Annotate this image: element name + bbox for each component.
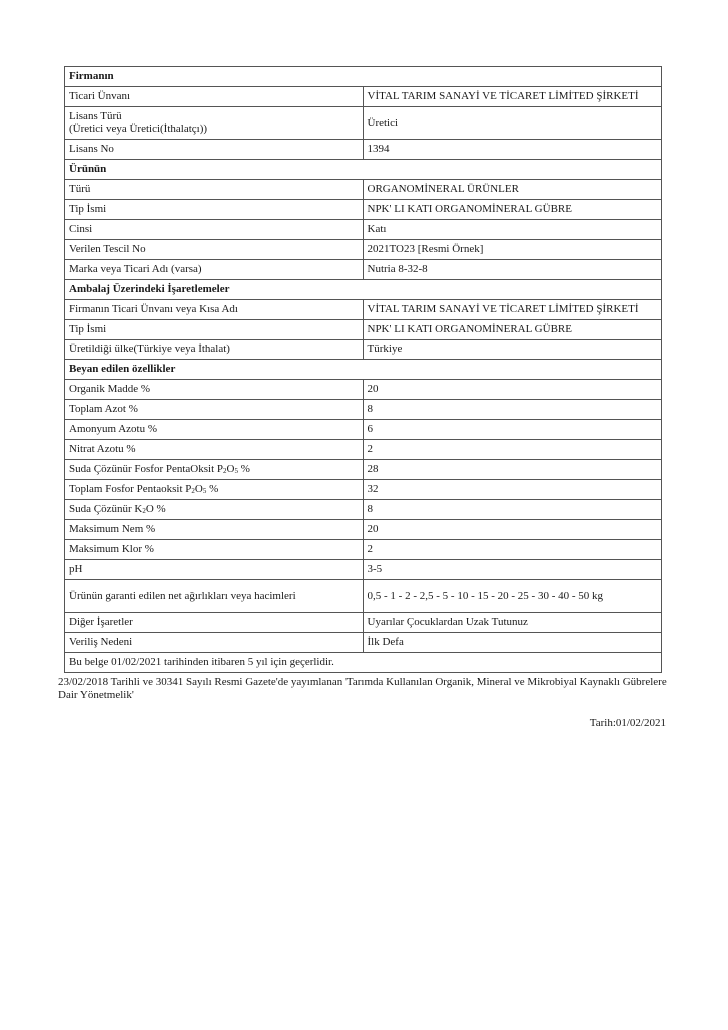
field-label: Tip İsmi bbox=[65, 320, 364, 340]
field-value: 3-5 bbox=[363, 560, 662, 580]
table-row: Amonyum Azotu %6 bbox=[65, 420, 662, 440]
registration-table: Firmanın Ticari Ünvanı VİTAL TARIM SANAY… bbox=[64, 66, 662, 673]
table-row: Firmanın Ticari Ünvanı veya Kısa AdıVİTA… bbox=[65, 300, 662, 320]
field-label: Marka veya Ticari Adı (varsa) bbox=[65, 260, 364, 280]
regulation-footnote: 23/02/2018 Tarihli ve 30341 Sayılı Resmi… bbox=[58, 676, 678, 702]
table-row: TürüORGANOMİNERAL ÜRÜNLER bbox=[65, 180, 662, 200]
field-value: 2021TO23 [Resmi Örnek] bbox=[363, 240, 662, 260]
label-line: Lisans Türü bbox=[69, 110, 122, 122]
table-row: Üretildiği ülke(Türkiye veya İthalat)Tür… bbox=[65, 340, 662, 360]
field-label: Lisans No bbox=[65, 140, 364, 160]
field-label: Maksimum Nem % bbox=[65, 520, 364, 540]
table-row: Ticari Ünvanı VİTAL TARIM SANAYİ VE TİCA… bbox=[65, 87, 662, 107]
label-text: % bbox=[238, 463, 250, 475]
table-row: Maksimum Nem %20 bbox=[65, 520, 662, 540]
field-label: Diğer İşaretler bbox=[65, 613, 364, 633]
field-label: Amonyum Azotu % bbox=[65, 420, 364, 440]
table-row: Toplam Fosfor Pentaoksit P2O5 % 32 bbox=[65, 480, 662, 500]
field-label: Toplam Fosfor Pentaoksit P2O5 % bbox=[65, 480, 364, 500]
field-value: Nutria 8-32-8 bbox=[363, 260, 662, 280]
table-row: Maksimum Klor %2 bbox=[65, 540, 662, 560]
field-value: NPK' LI KATI ORGANOMİNERAL GÜBRE bbox=[363, 320, 662, 340]
field-value: NPK' LI KATI ORGANOMİNERAL GÜBRE bbox=[363, 200, 662, 220]
table-row: CinsiKatı bbox=[65, 220, 662, 240]
validity-statement: Bu belge 01/02/2021 tarihinden itibaren … bbox=[65, 653, 662, 673]
document-page: Firmanın Ticari Ünvanı VİTAL TARIM SANAY… bbox=[64, 66, 662, 729]
field-label: Maksimum Klor % bbox=[65, 540, 364, 560]
field-label: Tip İsmi bbox=[65, 200, 364, 220]
field-value: 2 bbox=[363, 540, 662, 560]
table-row: Ürünün garanti edilen net ağırlıkları ve… bbox=[65, 580, 662, 613]
field-label: Verilen Tescil No bbox=[65, 240, 364, 260]
table-row: Diğer İşaretlerUyarılar Çocuklardan Uzak… bbox=[65, 613, 662, 633]
label-text: O bbox=[195, 483, 203, 495]
section-firma: Firmanın bbox=[65, 67, 662, 87]
field-label: Nitrat Azotu % bbox=[65, 440, 364, 460]
label-text: Toplam Fosfor Pentaoksit P bbox=[69, 483, 191, 495]
field-value: 6 bbox=[363, 420, 662, 440]
field-value: Üretici bbox=[363, 107, 662, 140]
table-row: Suda Çözünür K2O % 8 bbox=[65, 500, 662, 520]
table-row: Tip İsmiNPK' LI KATI ORGANOMİNERAL GÜBRE bbox=[65, 200, 662, 220]
label-line: (Üretici veya Üretici(İthalatçı)) bbox=[69, 123, 207, 135]
table-row: Lisans Türü(Üretici veya Üretici(İthalat… bbox=[65, 107, 662, 140]
field-label: Veriliş Nedeni bbox=[65, 633, 364, 653]
label-text: Suda Çözünür Fosfor PentaOksit P bbox=[69, 463, 223, 475]
field-label: pH bbox=[65, 560, 364, 580]
field-label: Lisans Türü(Üretici veya Üretici(İthalat… bbox=[65, 107, 364, 140]
table-row: Veriliş Nedeniİlk Defa bbox=[65, 633, 662, 653]
table-row: Nitrat Azotu %2 bbox=[65, 440, 662, 460]
field-label: Ticari Ünvanı bbox=[65, 87, 364, 107]
field-value: 20 bbox=[363, 380, 662, 400]
table-row: Verilen Tescil No2021TO23 [Resmi Örnek] bbox=[65, 240, 662, 260]
section-ambalaj: Ambalaj Üzerindeki İşaretlemeler bbox=[65, 280, 662, 300]
document-date: Tarih:01/02/2021 bbox=[64, 717, 666, 729]
label-text: O % bbox=[146, 503, 166, 515]
section-urun: Ürünün bbox=[65, 160, 662, 180]
field-value: 28 bbox=[363, 460, 662, 480]
field-value: 1394 bbox=[363, 140, 662, 160]
field-value: 2 bbox=[363, 440, 662, 460]
table-row: Organik Madde %20 bbox=[65, 380, 662, 400]
field-value: 32 bbox=[363, 480, 662, 500]
label-text: Suda Çözünür K bbox=[69, 503, 142, 515]
field-value: VİTAL TARIM SANAYİ VE TİCARET LİMİTED Şİ… bbox=[363, 87, 662, 107]
label-text: % bbox=[206, 483, 218, 495]
field-label: Toplam Azot % bbox=[65, 400, 364, 420]
section-beyan: Beyan edilen özellikler bbox=[65, 360, 662, 380]
field-label: Organik Madde % bbox=[65, 380, 364, 400]
field-value: 8 bbox=[363, 500, 662, 520]
field-value: VİTAL TARIM SANAYİ VE TİCARET LİMİTED Şİ… bbox=[363, 300, 662, 320]
table-row: Tip İsmiNPK' LI KATI ORGANOMİNERAL GÜBRE bbox=[65, 320, 662, 340]
field-label: Üretildiği ülke(Türkiye veya İthalat) bbox=[65, 340, 364, 360]
field-label: Türü bbox=[65, 180, 364, 200]
field-value: 8 bbox=[363, 400, 662, 420]
field-value: ORGANOMİNERAL ÜRÜNLER bbox=[363, 180, 662, 200]
field-label: Suda Çözünür Fosfor PentaOksit P2O5 % bbox=[65, 460, 364, 480]
field-value: Uyarılar Çocuklardan Uzak Tutunuz bbox=[363, 613, 662, 633]
table-row: Lisans No 1394 bbox=[65, 140, 662, 160]
field-value: Katı bbox=[363, 220, 662, 240]
field-value: İlk Defa bbox=[363, 633, 662, 653]
field-value: Türkiye bbox=[363, 340, 662, 360]
table-row: pH3-5 bbox=[65, 560, 662, 580]
table-row: Suda Çözünür Fosfor PentaOksit P2O5 % 28 bbox=[65, 460, 662, 480]
table-row: Toplam Azot %8 bbox=[65, 400, 662, 420]
field-value: 20 bbox=[363, 520, 662, 540]
field-value: 0,5 - 1 - 2 - 2,5 - 5 - 10 - 15 - 20 - 2… bbox=[363, 580, 662, 613]
field-label: Cinsi bbox=[65, 220, 364, 240]
field-label: Firmanın Ticari Ünvanı veya Kısa Adı bbox=[65, 300, 364, 320]
field-label: Ürünün garanti edilen net ağırlıkları ve… bbox=[65, 580, 364, 613]
field-label: Suda Çözünür K2O % bbox=[65, 500, 364, 520]
table-row: Marka veya Ticari Adı (varsa)Nutria 8-32… bbox=[65, 260, 662, 280]
